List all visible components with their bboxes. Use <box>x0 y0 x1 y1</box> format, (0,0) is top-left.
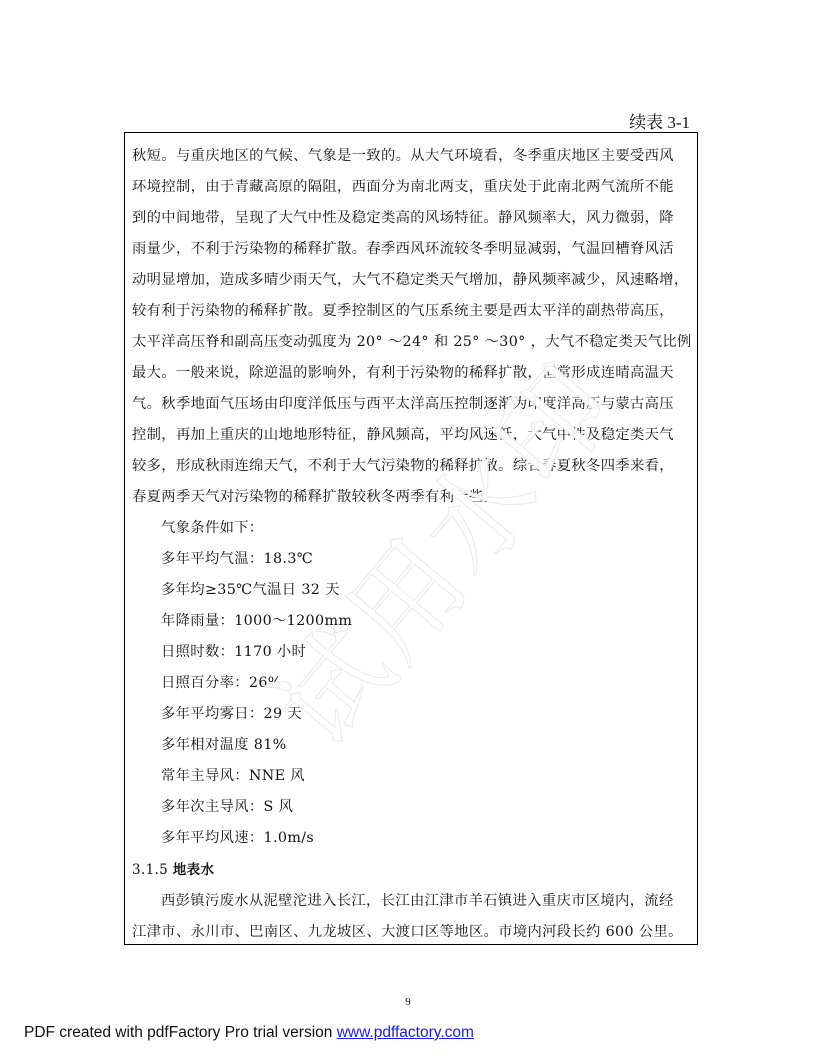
paragraph-line: 春夏两季天气对污染物的稀释扩散较秋冬两季有利一些。 <box>132 487 691 507</box>
paragraph-line: 环境控制，由于青藏高原的隔阻，西面分为南北两支，重庆处于此南北两气流所不能 <box>132 177 691 197</box>
section-title: 地表水 <box>173 862 215 878</box>
paragraph-line: 控制，再加上重庆的山地地形特征，静风频高，平均风速低，大气中性及稳定类天气 <box>132 425 691 445</box>
paragraph-line: 较多，形成秋雨连绵天气，不利于大气污染物的稀释扩散。综合春夏秋冬四季来看， <box>132 456 691 476</box>
weather-item: 多年相对温度 81% <box>161 735 691 755</box>
paragraph-line: 太平洋高压脊和副高压变动弧度为 20° ～24° 和 25° ～30° ，大气不… <box>132 332 691 352</box>
footer-text: PDF created with pdfFactory Pro trial ve… <box>24 1024 337 1041</box>
paragraph-line: 气。秋季地面气压场由印度洋低压与西平太洋高压控制逐渐为印度洋高压与蒙古高压 <box>132 394 691 414</box>
table-caption: 续表 3-1 <box>629 108 690 133</box>
weather-item: 多年平均风速：1.0m/s <box>161 828 691 848</box>
pdf-footer: PDF created with pdfFactory Pro trial ve… <box>24 1024 474 1042</box>
weather-item: 年降雨量：1000～1200mm <box>161 611 691 631</box>
section-number: 3.1.5 <box>132 862 173 878</box>
weather-item: 日照百分率：26% <box>161 673 691 693</box>
paragraph-line: 动明显增加，造成多晴少雨天气，大气不稳定类天气增加，静风频率减少，风速略增， <box>132 270 691 290</box>
paragraph-line: 西彭镇污废水从泥壁沱进入长江，长江由江津市羊石镇进入重庆市区境内，流经 <box>161 891 691 911</box>
weather-item: 常年主导风：NNE 风 <box>161 766 691 786</box>
page-number: 9 <box>0 996 816 1008</box>
weather-item: 多年平均气温：18.3℃ <box>161 549 691 569</box>
weather-item: 日照时数：1170 小时 <box>161 642 691 662</box>
pdffactory-link[interactable]: www.pdffactory.com <box>337 1024 474 1041</box>
weather-item: 多年次主导风：S 风 <box>161 797 691 817</box>
paragraph-line: 较有利于污染物的稀释扩散。夏季控制区的气压系统主要是西太平洋的副热带高压， <box>132 301 691 321</box>
paragraph-line: 到的中间地带，呈现了大气中性及稳定类高的风场特征。静风频率大，风力微弱，降 <box>132 208 691 228</box>
weather-item: 多年均≥35℃气温日 32 天 <box>161 580 691 600</box>
section-heading: 3.1.5 地表水 <box>132 860 691 880</box>
paragraph-line: 雨量少，不利于污染物的稀释扩散。春季西风环流较冬季明显减弱，气温回槽脊风活 <box>132 239 691 259</box>
weather-intro: 气象条件如下： <box>161 518 691 538</box>
paragraph-line: 秋短。与重庆地区的气候、气象是一致的。从大气环境看，冬季重庆地区主要受西风 <box>132 146 691 166</box>
paragraph-line: 最大。一般来说，除逆温的影响外，有利于污染物的稀释扩散，但常形成连晴高温天 <box>132 363 691 383</box>
content-box: 秋短。与重庆地区的气候、气象是一致的。从大气环境看，冬季重庆地区主要受西风 环境… <box>124 132 698 945</box>
weather-item: 多年平均雾日：29 天 <box>161 704 691 724</box>
paragraph-line: 江津市、永川市、巴南区、九龙坡区、大渡口区等地区。市境内河段长约 600 公里。 <box>132 922 691 942</box>
